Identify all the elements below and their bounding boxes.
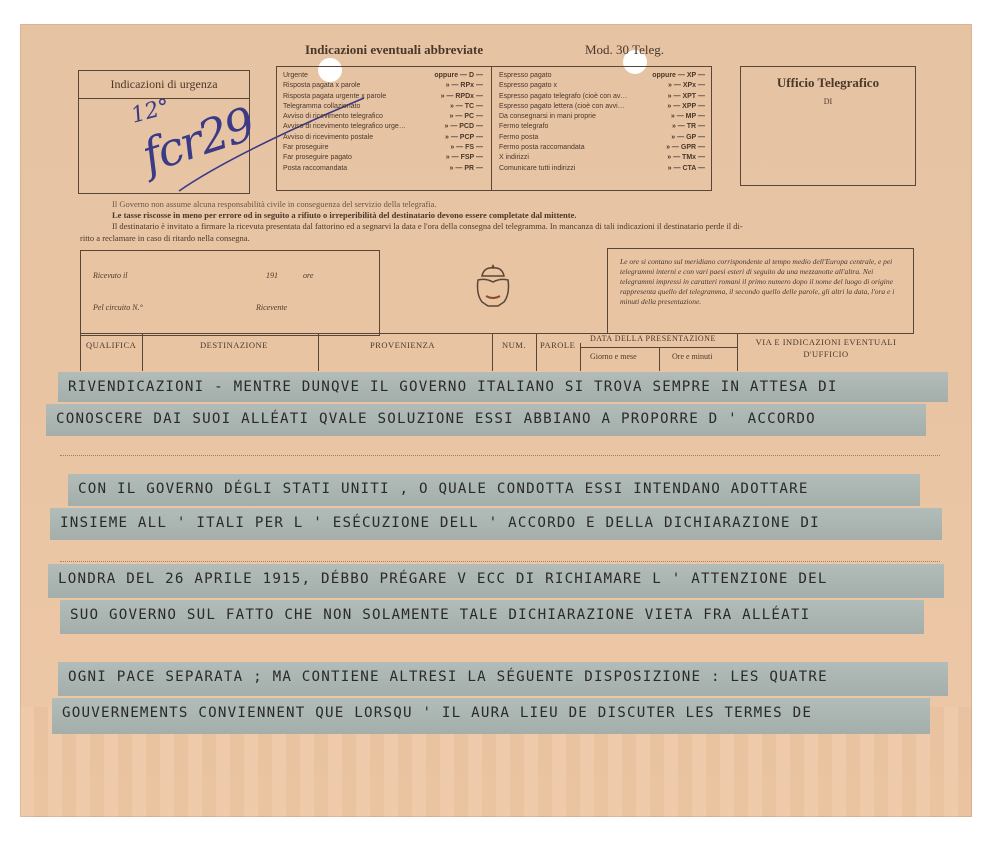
column-via: VIA E INDICAZIONI EVENTUALI D'UFFICIO [745, 336, 907, 360]
column-giorno-mese: Giorno e mese [590, 352, 637, 361]
abbreviation-label: Far proseguire [283, 143, 329, 153]
abbreviation-row: Fermo posta raccomandata» — GPR — [499, 143, 705, 153]
abbreviation-row: Fermo posta» — GP — [499, 133, 705, 143]
column-destinazione: DESTINAZIONE [200, 340, 268, 350]
abbreviation-row: Far proseguire» — FS — [283, 143, 483, 153]
abbreviation-code: » — TC — [450, 102, 483, 112]
abbreviation-code: » — XPT — [668, 92, 705, 102]
abbreviation-label: Urgente [283, 71, 308, 81]
abbreviation-code: » — MP — [671, 112, 705, 122]
abbreviation-code: » — CTA — [668, 164, 705, 174]
abbreviation-label: Risposta pagata x parole [283, 81, 360, 91]
column-qualifica: QUALIFICA [86, 340, 136, 350]
abbreviation-label: Comunicare tutti indirizzi [499, 164, 575, 174]
abbreviations-right: Espresso pagatooppure — XP —Espresso pag… [499, 71, 705, 174]
abbreviation-label: Avviso di ricevimento postale [283, 133, 373, 143]
abbreviation-label: Fermo posta raccomandata [499, 143, 585, 153]
column-parole: PAROLE [540, 340, 575, 350]
abbreviation-code: » — PC — [450, 112, 483, 122]
abbreviation-row: Avviso di ricevimento telegrafico» — PC … [283, 112, 483, 122]
notice-4: ritto a reclamare in caso di ritardo nel… [80, 233, 250, 243]
column-num: NUM. [502, 340, 526, 350]
abbreviation-row: Espresso pagato telegrafo (cioè con av…»… [499, 92, 705, 102]
notice-2: Le tasse riscosse in meno per errore od … [112, 210, 577, 220]
abbreviation-label: Telegramma collazionato [283, 102, 360, 112]
abbreviation-row: Da consegnarsi in mani proprie» — MP — [499, 112, 705, 122]
circuit-label: Pel circuito N.° [93, 303, 143, 312]
abbreviation-row: Fermo telegrafo» — TR — [499, 122, 705, 132]
form-model: Mod. 30 Teleg. [585, 42, 664, 58]
abbreviation-code: oppure — D — [434, 71, 483, 81]
column-ore-minuti: Ore e minuti [672, 352, 712, 361]
abbreviation-code: » — RPDx — [441, 92, 483, 102]
abbreviation-label: X indirizzi [499, 153, 529, 163]
abbreviation-code: » — XPP — [667, 102, 705, 112]
message-strip-7: OGNI PACE SEPARATA ; MA CONTIENE ALTRESI… [58, 662, 948, 696]
abbreviation-row: Far proseguire pagato» — FSP — [283, 153, 483, 163]
abbreviation-label: Avviso di ricevimento telegrafico [283, 112, 383, 122]
abbreviation-row: X indirizzi» — TMx — [499, 153, 705, 163]
abbreviation-label: Espresso pagato x [499, 81, 557, 91]
abbreviation-code: » — FSP — [446, 153, 483, 163]
abbreviation-row: Telegramma collazionato» — TC — [283, 102, 483, 112]
abbreviation-label: Espresso pagato lettera (cioè con avvi… [499, 102, 625, 112]
abbreviation-label: Espresso pagato [499, 71, 552, 81]
message-strip-2: CONOSCERE DAI SUOI ALLÉATI QVALE SOLUZIO… [46, 404, 926, 436]
notice-3: Il destinatario è invitato a firmare la … [112, 221, 743, 231]
abbreviation-label: Espresso pagato telegrafo (cioè con av… [499, 92, 627, 102]
abbreviation-code: » — RPx — [446, 81, 483, 91]
abbreviation-label: Far proseguire pagato [283, 153, 352, 163]
abbreviation-code: » — FS — [450, 143, 483, 153]
receiver-label: Ricevente [256, 303, 287, 312]
message-strip-6: SUO GOVERNO SUL FATTO CHE NON SOLAMENTE … [60, 600, 924, 634]
hours-note: Le ore si contano sul meridiano corrispo… [620, 257, 905, 307]
message-strip-5: LONDRA DEL 26 APRILE 1915, DÉBBO PRÉGARE… [48, 564, 944, 598]
form-title: Indicazioni eventuali abbreviate [305, 42, 483, 58]
message-strip-1: RIVENDICAZIONI - MENTRE DUNQVE IL GOVERN… [58, 372, 948, 402]
abbreviations-table: Urgenteoppure — D —Risposta pagata x par… [276, 66, 712, 191]
abbreviation-label: Risposta pagata urgente x parole [283, 92, 386, 102]
abbreviation-row: Avviso di ricevimento telegrafico urge…»… [283, 122, 483, 132]
abbreviation-row: Risposta pagata urgente x parole» — RPDx… [283, 92, 483, 102]
abbreviation-code: oppure — XP — [652, 71, 705, 81]
abbreviation-label: Posta raccomandata [283, 164, 347, 174]
abbreviation-code: » — TMx — [667, 153, 705, 163]
notice-1: Il Governo non assume alcuna responsabil… [112, 199, 437, 209]
abbreviation-code: » — GP — [671, 133, 705, 143]
abbreviation-row: Espresso pagato lettera (cioè con avvi…»… [499, 102, 705, 112]
abbreviation-code: » — PCP — [445, 133, 483, 143]
abbreviation-code: » — GPR — [666, 143, 705, 153]
urgency-box: Indicazioni di urgenza 12° fcr29 [78, 70, 250, 194]
received-year: 191 [266, 271, 278, 280]
received-hour-label: ore [303, 271, 313, 280]
office-box: Ufficio Telegrafico DI [740, 66, 916, 186]
message-strip-3: CON IL GOVERNO DÉGLI STATI UNITI , O QUA… [68, 474, 920, 506]
abbreviation-code: » — XPx — [668, 81, 705, 91]
message-strip-8: GOUVERNEMENTS CONVIENNENT QUE LORSQU ' I… [52, 698, 930, 734]
message-strip-4: INSIEME ALL ' ITALI PER L ' ESÉCUZIONE D… [50, 508, 942, 540]
abbreviation-label: Da consegnarsi in mani proprie [499, 112, 596, 122]
abbreviation-code: » — PR — [450, 164, 483, 174]
abbreviation-row: Comunicare tutti indirizzi» — CTA — [499, 164, 705, 174]
abbreviations-left: Urgenteoppure — D —Risposta pagata x par… [283, 71, 483, 174]
abbreviation-row: Avviso di ricevimento postale» — PCP — [283, 133, 483, 143]
royal-crest-icon [470, 262, 516, 312]
abbreviation-code: » — PCD — [444, 122, 483, 132]
office-title: Ufficio Telegrafico [741, 75, 915, 91]
abbreviation-code: » — TR — [672, 122, 705, 132]
abbreviation-row: Urgenteoppure — D — [283, 71, 483, 81]
abbreviation-row: Posta raccomandata» — PR — [283, 164, 483, 174]
abbreviation-row: Espresso pagato x» — XPx — [499, 81, 705, 91]
abbreviation-row: Espresso pagatooppure — XP — [499, 71, 705, 81]
received-on-label: Ricevuto il [93, 271, 127, 280]
column-provenienza: PROVENIENZA [370, 340, 435, 350]
abbreviation-label: Fermo telegrafo [499, 122, 548, 132]
received-box: Ricevuto il 191 ore Pel circuito N.° Ric… [80, 250, 380, 336]
column-presentazione: DATA DELLA PRESENTAZIONE [590, 334, 716, 343]
abbreviation-label: Fermo posta [499, 133, 538, 143]
hours-note-box: Le ore si contano sul meridiano corrispo… [607, 248, 914, 334]
abbreviation-row: Risposta pagata x parole» — RPx — [283, 81, 483, 91]
office-di: DI [741, 97, 915, 106]
abbreviation-label: Avviso di ricevimento telegrafico urge… [283, 122, 406, 132]
